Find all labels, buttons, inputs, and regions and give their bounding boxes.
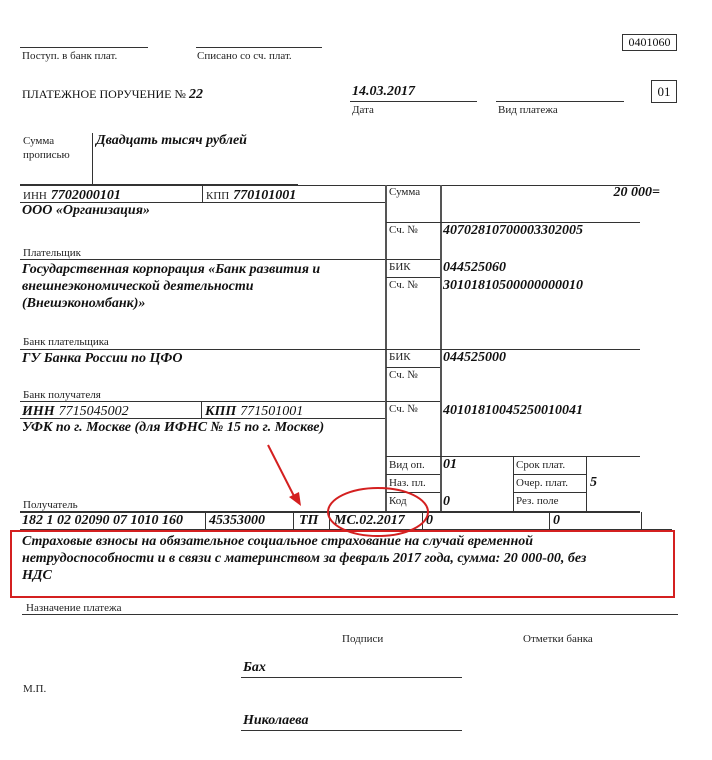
annotation-overlay bbox=[0, 0, 712, 760]
arrow-icon bbox=[268, 445, 301, 506]
period-highlight-ellipse bbox=[328, 488, 428, 536]
